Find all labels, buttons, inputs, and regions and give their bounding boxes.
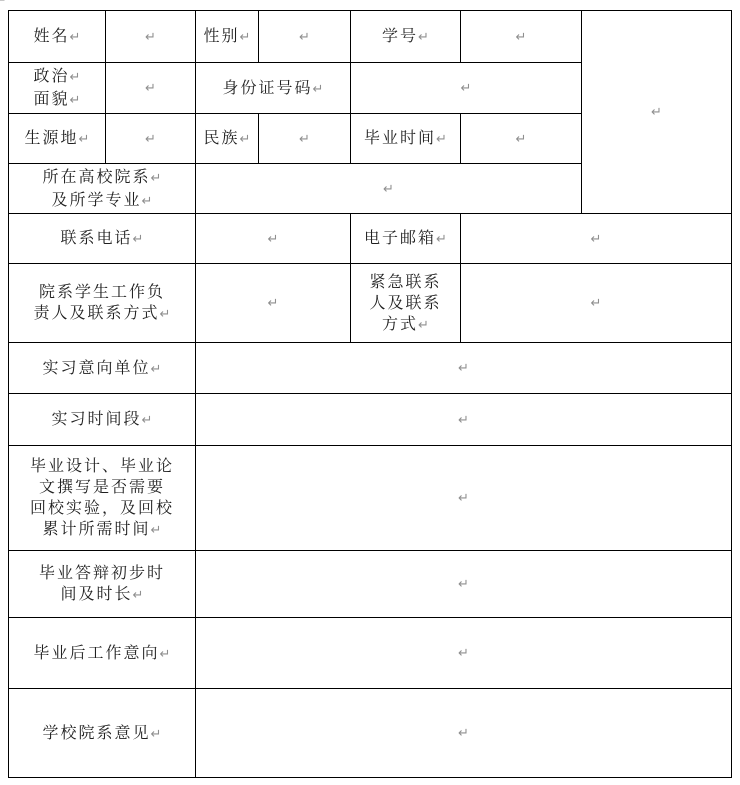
paragraph-mark-icon: ↵: [458, 361, 469, 376]
paragraph-mark-icon: ↵: [418, 30, 429, 45]
name-value-cell[interactable]: ↵: [106, 11, 196, 63]
table-row: 实习时间段↵ ↵: [9, 394, 732, 446]
ethnicity-value-cell[interactable]: ↵: [259, 114, 351, 164]
political-status-line2-wrap: 面貌↵: [10, 88, 104, 111]
ethnicity-label: 民族: [204, 128, 240, 147]
phone-label-cell: 联系电话↵: [9, 214, 196, 264]
university-dept-line2-wrap: 及所学专业↵: [10, 189, 194, 212]
political-status-label-line1: 政治: [34, 66, 70, 85]
emergency-contact-label-cell: 紧急联系 人及联系 方式↵: [351, 264, 461, 343]
emergency-contact-label: 紧急联系 人及联系 方式: [369, 272, 441, 333]
id-card-value-cell[interactable]: ↵: [351, 63, 582, 114]
paragraph-mark-icon: ↵: [268, 232, 279, 247]
table-row: 院系学生工作负 责人及联系方式↵ ↵ 紧急联系 人及联系 方式↵ ↵: [9, 264, 732, 343]
internship-unit-value-cell[interactable]: ↵: [196, 343, 732, 394]
internship-unit-label-cell: 实习意向单位↵: [9, 343, 196, 394]
name-label-cell: 姓名↵: [9, 11, 106, 63]
university-dept-label-line1: 所在高校院系: [43, 167, 151, 186]
clipped-paragraph-mark-icon: ↵: [0, 0, 7, 8]
paragraph-mark-icon: ↵: [383, 182, 394, 197]
political-status-label-cell: 政治↵ 面貌↵: [9, 63, 106, 114]
political-status-label-line2: 面貌: [34, 89, 70, 108]
political-status-value-cell[interactable]: ↵: [106, 63, 196, 114]
university-dept-label-cell: 所在高校院系↵ 及所学专业↵: [9, 164, 196, 214]
table-row: 毕业设计、毕业论 文撰写是否需要 回校实验，及回校 累计所需时间↵ ↵: [9, 446, 732, 551]
table-row: 联系电话↵ ↵ 电子邮箱↵ ↵: [9, 214, 732, 264]
internship-unit-label: 实习意向单位: [43, 358, 151, 377]
graduation-time-label: 毕业时间: [364, 128, 436, 147]
paragraph-mark-icon: ↵: [142, 194, 153, 209]
paragraph-mark-icon: ↵: [79, 132, 90, 147]
origin-label-cell: 生源地↵: [9, 114, 106, 164]
photo-cell[interactable]: ↵: [582, 11, 732, 214]
dept-leader-label-cell: 院系学生工作负 责人及联系方式↵: [9, 264, 196, 343]
email-label: 电子邮箱: [364, 228, 436, 247]
student-id-label: 学号: [382, 26, 418, 45]
university-dept-label-line2: 及所学专业: [52, 190, 142, 209]
school-opinion-label: 学校院系意见: [43, 723, 151, 742]
university-dept-line1-wrap: 所在高校院系↵: [10, 166, 194, 189]
thesis-experiment-label-cell: 毕业设计、毕业论 文撰写是否需要 回校实验，及回校 累计所需时间↵: [9, 446, 196, 551]
phone-value-cell[interactable]: ↵: [196, 214, 351, 264]
paragraph-mark-icon: ↵: [145, 81, 156, 96]
paragraph-mark-icon: ↵: [436, 132, 447, 147]
paragraph-mark-icon: ↵: [516, 132, 527, 147]
paragraph-mark-icon: ↵: [458, 413, 469, 428]
table-row: 学校院系意见↵ ↵: [9, 689, 732, 778]
paragraph-mark-icon: ↵: [151, 171, 162, 186]
paragraph-mark-icon: ↵: [160, 307, 171, 322]
paragraph-mark-icon: ↵: [160, 647, 171, 662]
email-value-cell[interactable]: ↵: [461, 214, 732, 264]
origin-value-cell[interactable]: ↵: [106, 114, 196, 164]
internship-period-value-cell[interactable]: ↵: [196, 394, 732, 446]
defense-time-label-cell: 毕业答辩初步时 间及时长↵: [9, 551, 196, 618]
paragraph-mark-icon: ↵: [436, 232, 447, 247]
application-form-table: 姓名↵ ↵ 性别↵ ↵ 学号↵ ↵ ↵ 政治↵ 面貌↵ ↵ 身份证号码↵ ↵ 生…: [8, 10, 732, 778]
table-row: 毕业后工作意向↵ ↵: [9, 618, 732, 689]
student-id-label-cell: 学号↵: [351, 11, 461, 63]
gender-label-cell: 性别↵: [196, 11, 259, 63]
paragraph-mark-icon: ↵: [240, 30, 251, 45]
paragraph-mark-icon: ↵: [418, 318, 429, 333]
paragraph-mark-icon: ↵: [151, 362, 162, 377]
paragraph-mark-icon: ↵: [145, 132, 156, 147]
paragraph-mark-icon: ↵: [591, 296, 602, 311]
paragraph-mark-icon: ↵: [313, 82, 324, 97]
paragraph-mark-icon: ↵: [651, 105, 662, 120]
paragraph-mark-icon: ↵: [461, 81, 472, 96]
id-card-label: 身份证号码: [223, 78, 313, 97]
paragraph-mark-icon: ↵: [70, 93, 81, 108]
paragraph-mark-icon: ↵: [268, 296, 279, 311]
defense-time-label: 毕业答辩初步时 间及时长: [39, 563, 165, 603]
graduation-time-value-cell[interactable]: ↵: [461, 114, 582, 164]
gender-value-cell[interactable]: ↵: [259, 11, 351, 63]
political-status-line1-wrap: 政治↵: [10, 65, 104, 88]
internship-period-label: 实习时间段: [52, 409, 142, 428]
table-row: 实习意向单位↵ ↵: [9, 343, 732, 394]
paragraph-mark-icon: ↵: [458, 577, 469, 592]
paragraph-mark-icon: ↵: [145, 30, 156, 45]
phone-label: 联系电话: [61, 228, 133, 247]
school-opinion-value-cell[interactable]: ↵: [196, 689, 732, 778]
origin-label: 生源地: [25, 128, 79, 147]
university-dept-value-cell[interactable]: ↵: [196, 164, 582, 214]
paragraph-mark-icon: ↵: [458, 491, 469, 506]
paragraph-mark-icon: ↵: [516, 30, 527, 45]
paragraph-mark-icon: ↵: [299, 132, 310, 147]
paragraph-mark-icon: ↵: [133, 232, 144, 247]
gender-label: 性别: [204, 26, 240, 45]
paragraph-mark-icon: ↵: [151, 523, 162, 538]
dept-leader-value-cell[interactable]: ↵: [196, 264, 351, 343]
graduation-time-label-cell: 毕业时间↵: [351, 114, 461, 164]
paragraph-mark-icon: ↵: [458, 646, 469, 661]
id-card-label-cell: 身份证号码↵: [196, 63, 351, 114]
ethnicity-label-cell: 民族↵: [196, 114, 259, 164]
emergency-contact-value-cell[interactable]: ↵: [461, 264, 732, 343]
thesis-experiment-value-cell[interactable]: ↵: [196, 446, 732, 551]
internship-period-label-cell: 实习时间段↵: [9, 394, 196, 446]
paragraph-mark-icon: ↵: [142, 413, 153, 428]
student-id-value-cell[interactable]: ↵: [461, 11, 582, 63]
paragraph-mark-icon: ↵: [591, 232, 602, 247]
table-row: 姓名↵ ↵ 性别↵ ↵ 学号↵ ↵ ↵: [9, 11, 732, 63]
dept-leader-label: 院系学生工作负 责人及联系方式: [34, 282, 165, 322]
paragraph-mark-icon: ↵: [133, 588, 144, 603]
email-label-cell: 电子邮箱↵: [351, 214, 461, 264]
work-intention-value-cell[interactable]: ↵: [196, 618, 732, 689]
defense-time-value-cell[interactable]: ↵: [196, 551, 732, 618]
work-intention-label: 毕业后工作意向: [34, 643, 160, 662]
paragraph-mark-icon: ↵: [458, 726, 469, 741]
name-label: 姓名: [34, 26, 70, 45]
work-intention-label-cell: 毕业后工作意向↵: [9, 618, 196, 689]
paragraph-mark-icon: ↵: [70, 70, 81, 85]
paragraph-mark-icon: ↵: [151, 727, 162, 742]
document-page: { "marks": { "glyph": "↵", "corner": "↵"…: [0, 0, 740, 785]
paragraph-mark-icon: ↵: [70, 30, 81, 45]
paragraph-mark-icon: ↵: [299, 30, 310, 45]
paragraph-mark-icon: ↵: [240, 132, 251, 147]
school-opinion-label-cell: 学校院系意见↵: [9, 689, 196, 778]
table-row: 毕业答辩初步时 间及时长↵ ↵: [9, 551, 732, 618]
